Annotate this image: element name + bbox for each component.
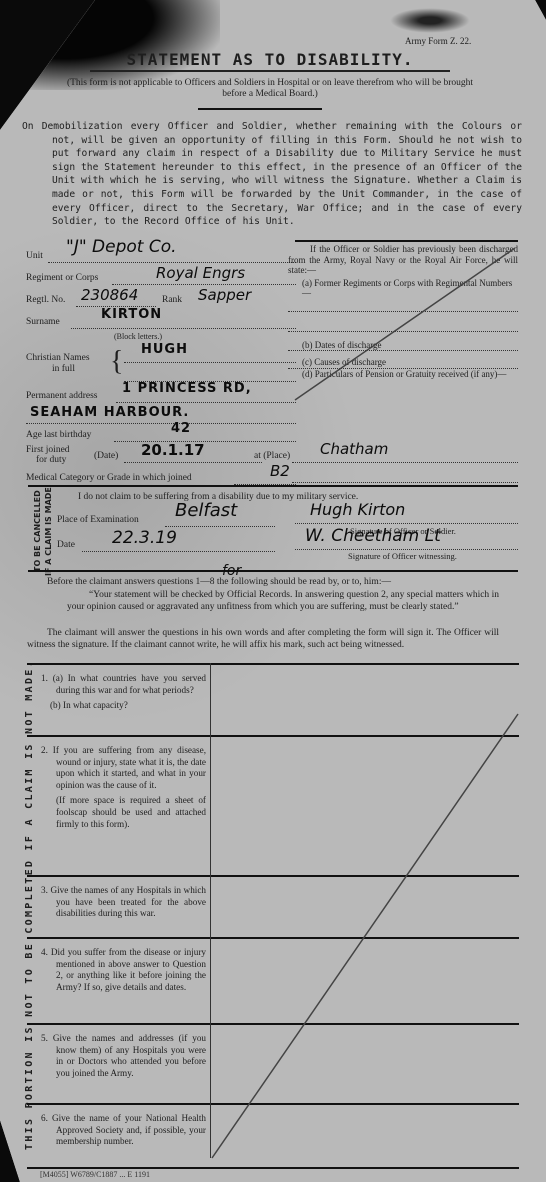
strike-through-lines <box>0 0 546 1182</box>
footer-print-code: [M4055] W6789/C1887 ... E 1191 <box>40 1170 150 1179</box>
form-page: Army Form Z. 22. STATEMENT AS TO DISABIL… <box>0 0 546 1182</box>
